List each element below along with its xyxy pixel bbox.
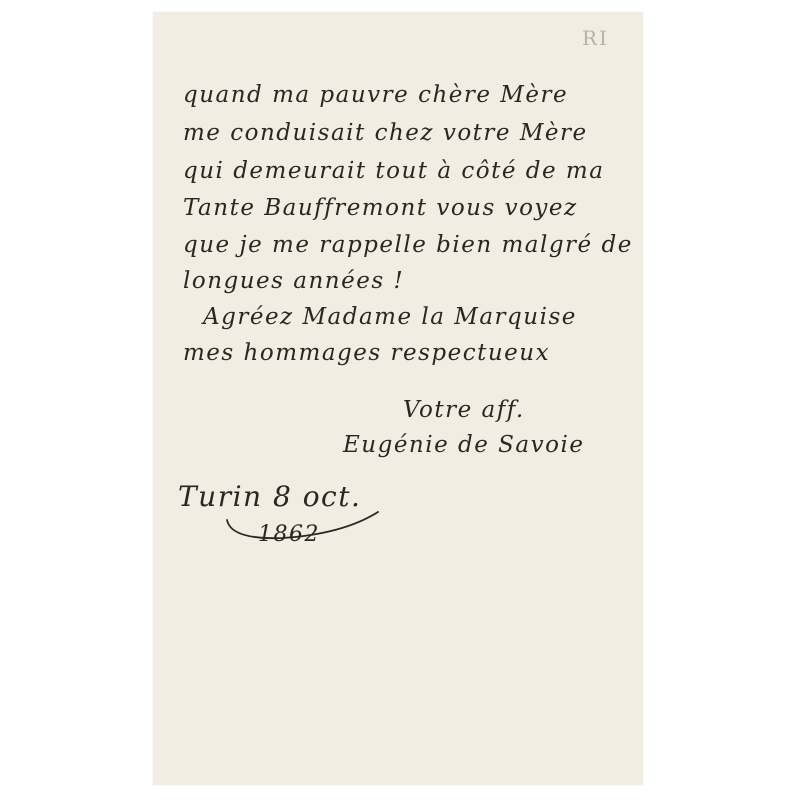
underline-flourish [223, 510, 383, 550]
letter-line-3: qui demeurait tout à côté de ma [183, 158, 604, 184]
place-date: Turin 8 oct. [178, 480, 361, 513]
letter-line-8: mes hommages respectueux [183, 340, 550, 366]
letter-line-2: me conduisait chez votre Mère [183, 120, 588, 146]
letter-page: RI quand ma pauvre chère Mère me conduis… [153, 12, 643, 785]
letter-line-1: quand ma pauvre chère Mère [183, 82, 568, 108]
letter-line-7: Agréez Madame la Marquise [203, 304, 577, 330]
signature: Eugénie de Savoie [343, 432, 584, 458]
letter-line-4: Tante Bauffremont vous voyez [183, 195, 578, 221]
closing: Votre aff. [403, 397, 525, 423]
letter-line-6: longues années ! [183, 268, 404, 294]
letter-line-5: que je me rappelle bien malgré de [183, 232, 633, 258]
archive-pencil-mark: RI [582, 26, 609, 50]
